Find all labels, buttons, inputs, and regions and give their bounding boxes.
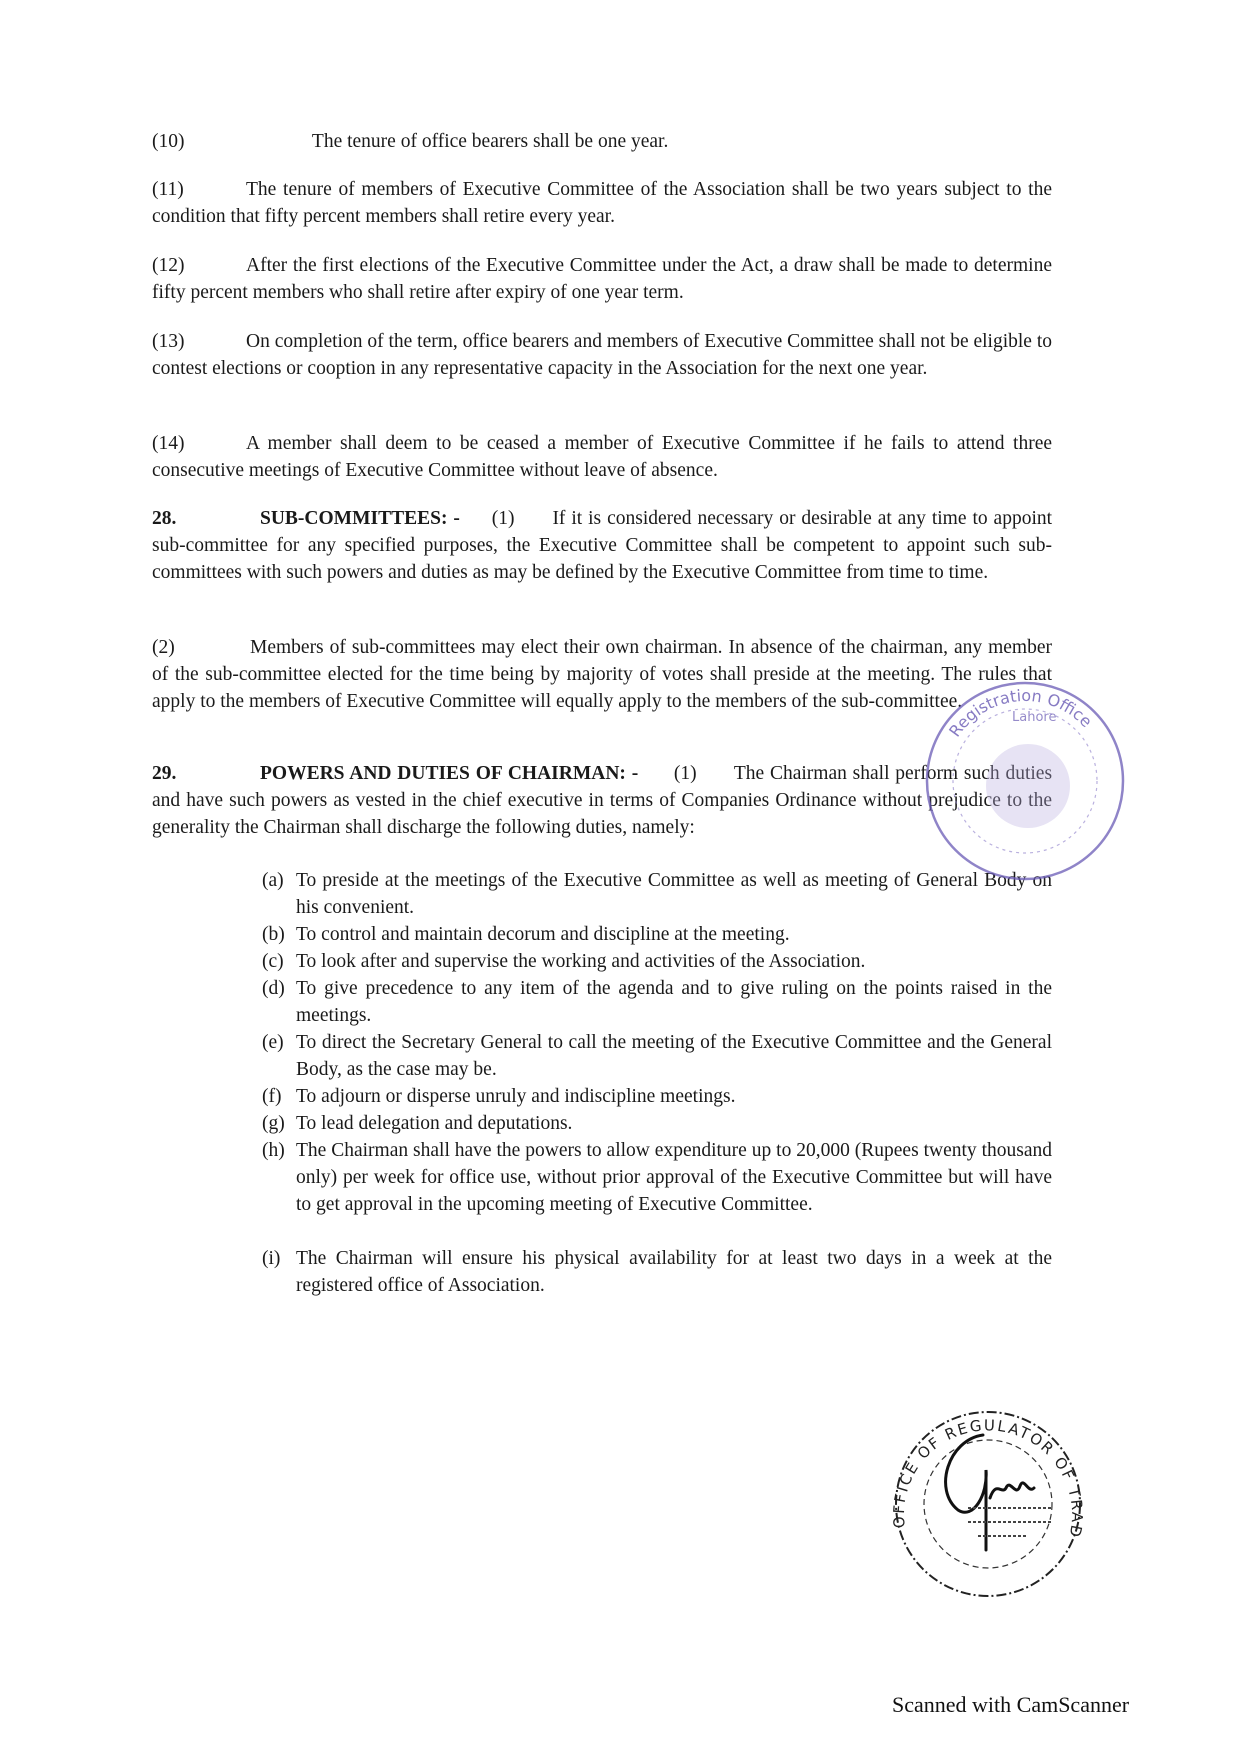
duty-item: (i) The Chairman will ensure his physica… xyxy=(262,1245,1052,1299)
duty-label: (h) xyxy=(262,1137,285,1164)
stamp-text: OFFICE OF REGULATOR OF TRADE ORGANIZATIO… xyxy=(878,1400,1086,1540)
clause-text: After the first elections of the Executi… xyxy=(152,255,1052,303)
clause-number: (13) xyxy=(152,328,246,355)
section-heading: SUB-COMMITTEES: - xyxy=(260,508,460,529)
clause-14: (14)A member shall deem to be ceased a m… xyxy=(152,430,1052,484)
duty-item: (b) To control and maintain decorum and … xyxy=(262,921,1052,948)
duty-label: (d) xyxy=(262,975,285,1002)
duty-item: (h) The Chairman shall have the powers t… xyxy=(262,1137,1052,1218)
section-heading: POWERS AND DUTIES OF CHAIRMAN: - xyxy=(260,763,638,784)
duty-label: (i) xyxy=(262,1245,280,1272)
duty-text: The Chairman will ensure his physical av… xyxy=(296,1245,1052,1299)
duty-label: (f) xyxy=(262,1083,281,1110)
duty-label: (g) xyxy=(262,1110,285,1137)
section-number: 28. xyxy=(152,505,260,532)
subclause-text: Members of sub-committees may elect thei… xyxy=(152,637,1052,712)
duty-text: To control and maintain decorum and disc… xyxy=(296,921,1052,948)
section-29: 29.POWERS AND DUTIES OF CHAIRMAN: - (1) … xyxy=(152,760,1052,841)
duty-text: To direct the Secretary General to call … xyxy=(296,1029,1052,1083)
clause-number: (11) xyxy=(152,176,246,203)
section-number: 29. xyxy=(152,760,260,787)
duty-text: To give precedence to any item of the ag… xyxy=(296,975,1052,1029)
clause-number: (10) xyxy=(152,128,185,155)
clause-number: (12) xyxy=(152,252,246,279)
clause-text: On completion of the term, office bearer… xyxy=(152,331,1052,379)
subclause-number: (1) xyxy=(674,763,697,784)
registration-office-stamp: Registration Office Lahore xyxy=(920,676,1130,886)
duty-text: To adjourn or disperse unruly and indisc… xyxy=(296,1083,1052,1110)
clause-number: (14) xyxy=(152,430,246,457)
subclause-number: (2) xyxy=(152,634,250,661)
duty-label: (e) xyxy=(262,1029,284,1056)
section-28-sub-2: (2)Members of sub-committees may elect t… xyxy=(152,634,1052,715)
duty-label: (a) xyxy=(262,867,284,894)
clause-13: (13)On completion of the term, office be… xyxy=(152,328,1052,382)
subclause-number: (1) xyxy=(492,508,515,529)
duty-item: (e) To direct the Secretary General to c… xyxy=(262,1029,1052,1083)
clause-12: (12)After the first elections of the Exe… xyxy=(152,252,1052,306)
duty-text: The Chairman shall have the powers to al… xyxy=(296,1137,1052,1218)
section-28: 28.SUB-COMMITTEES: - (1) If it is consid… xyxy=(152,505,1052,586)
duty-label: (b) xyxy=(262,921,285,948)
duty-text: To look after and supervise the working … xyxy=(296,948,1052,975)
regulator-stamp: OFFICE OF REGULATOR OF TRADE ORGANIZATIO… xyxy=(878,1400,1098,1610)
duty-item: (f) To adjourn or disperse unruly and in… xyxy=(262,1083,1052,1110)
clause-text: The tenure of members of Executive Commi… xyxy=(152,179,1052,227)
clause-text: A member shall deem to be ceased a membe… xyxy=(152,433,1052,481)
duty-item: (c) To look after and supervise the work… xyxy=(262,948,1052,975)
scanner-watermark: Scanned with CamScanner xyxy=(892,1692,1129,1718)
signature xyxy=(946,1435,1034,1550)
clause-10: (10) The tenure of office bearers shall … xyxy=(152,128,1052,155)
clause-text: The tenure of office bearers shall be on… xyxy=(312,131,668,152)
clause-11: (11)The tenure of members of Executive C… xyxy=(152,176,1052,230)
duty-label: (c) xyxy=(262,948,284,975)
duty-text: To lead delegation and deputations. xyxy=(296,1110,1052,1137)
duty-item: (g) To lead delegation and deputations. xyxy=(262,1110,1052,1137)
document-page: (10) The tenure of office bearers shall … xyxy=(0,0,1240,1755)
duty-item: (d) To give precedence to any item of th… xyxy=(262,975,1052,1029)
stamp-city: Lahore xyxy=(1012,710,1056,725)
